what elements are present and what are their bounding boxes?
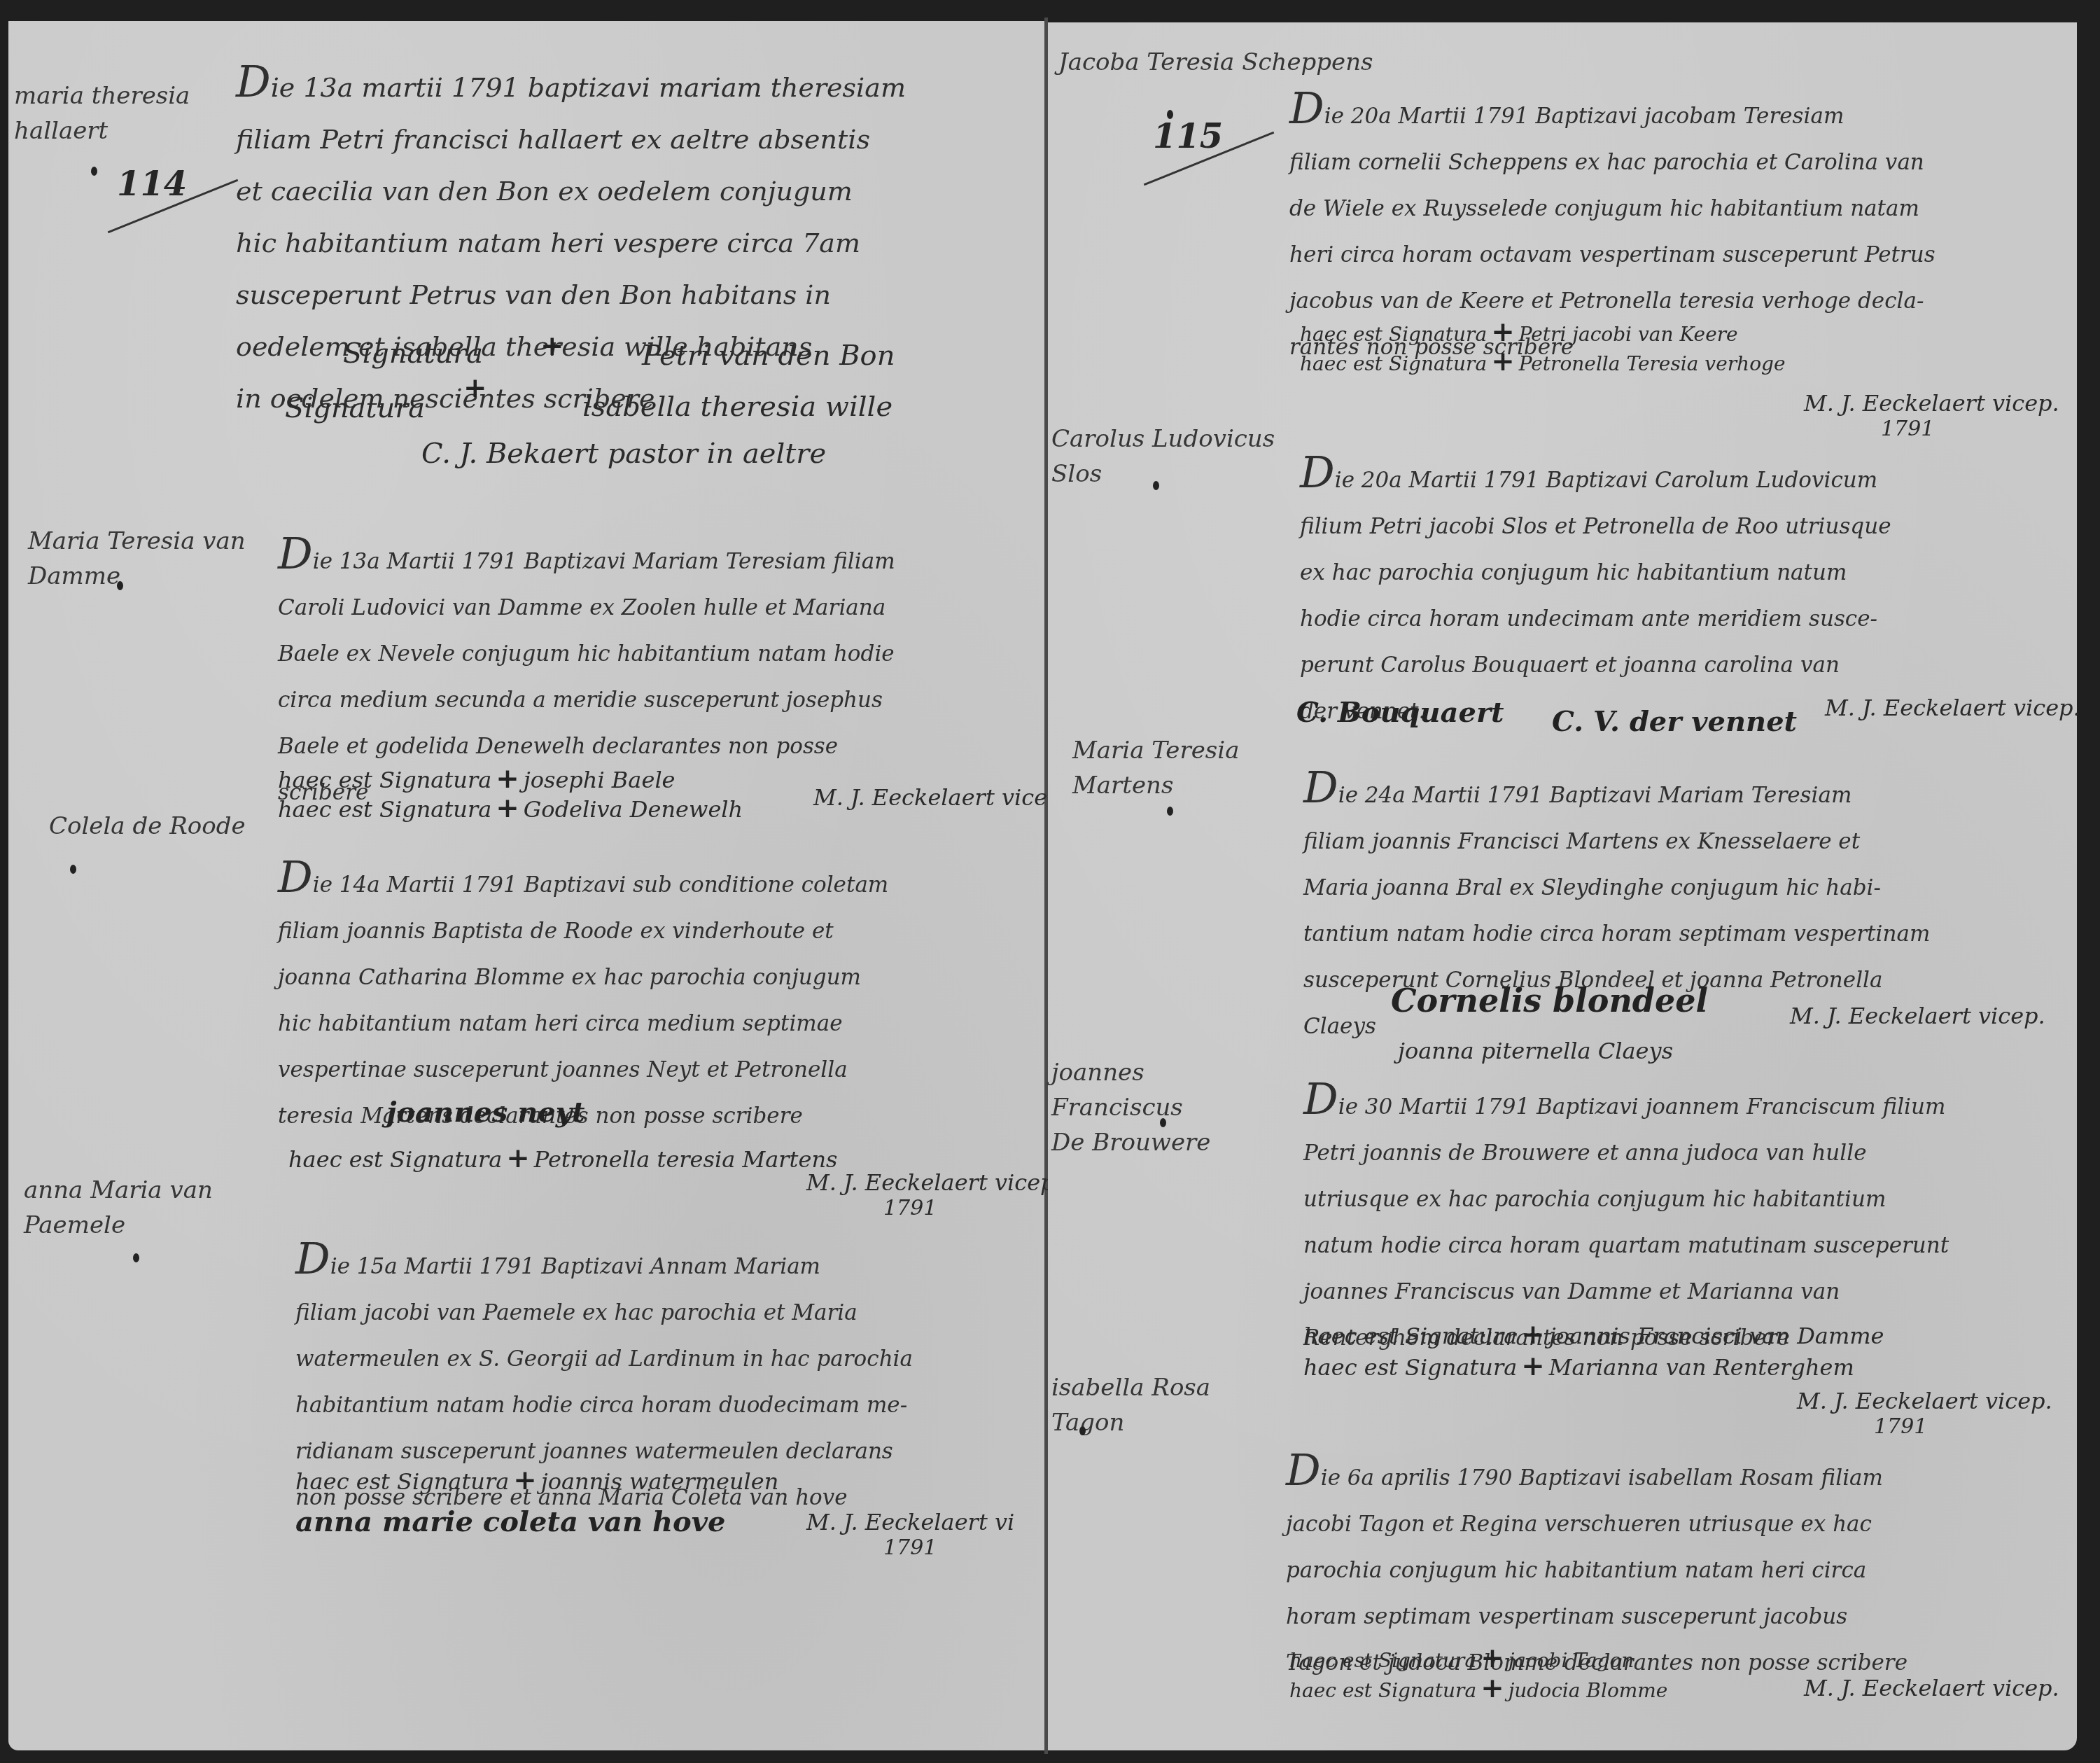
- left-page: maria theresia hallaert 114 Die 13a mart…: [8, 21, 1044, 1750]
- signature-line: haec est Signatura+Marianna van Rentergh…: [1303, 1349, 1854, 1382]
- cross-mark-icon: +: [1480, 1641, 1504, 1674]
- cross-mark-icon: +: [463, 371, 487, 404]
- cross-mark-icon: +: [1521, 1349, 1545, 1382]
- entry-number: 115: [1153, 117, 1223, 156]
- godparent-signature: Cornelis blondeel: [1391, 982, 1708, 1019]
- priest-signature: M. J. Eeckelaert vicep.: [1790, 1003, 2045, 1029]
- signature-label: Signatura: [285, 392, 425, 424]
- cross-mark-icon: +: [506, 1141, 530, 1174]
- signature-line: haec est Signatura+Petronella Teresia ve…: [1300, 344, 1786, 377]
- margin-name: isabella Rosa Tagon: [1051, 1370, 1282, 1440]
- godparent-signature: isabella theresia wille: [582, 391, 892, 423]
- priest-signature: M. J. Eeckelaert vicep.: [1825, 695, 2080, 721]
- godparent-signature: joannes neyt: [386, 1096, 584, 1129]
- godparent-signature: joanna piternella Claeys: [1398, 1038, 1673, 1064]
- margin-name: maria theresia hallaert: [14, 78, 245, 148]
- entry-number: 114: [117, 165, 187, 204]
- priest-signature: M. J. Eeckelaert vicep.: [813, 784, 1069, 811]
- margin-dot: [133, 1253, 139, 1262]
- margin-name: Colela de Roode: [49, 809, 280, 844]
- margin-dot: [70, 865, 76, 874]
- right-page: Jacoba Teresia Scheppens 115 Die 20a Mar…: [1048, 22, 2077, 1750]
- cross-mark-icon: +: [1491, 315, 1515, 348]
- godparent-signature: C. Bouquaert: [1296, 696, 1504, 729]
- signature-line: haec est Signatura+Petri jacobi van Keer…: [1300, 315, 1738, 348]
- margin-dot: [1160, 1118, 1166, 1127]
- priest-signature: M. J. Eeckelaert vicep. 1791: [1797, 1388, 2052, 1439]
- cross-mark-icon: +: [540, 329, 564, 362]
- margin-name: Jacoba Teresia Scheppens: [1058, 45, 1408, 80]
- margin-name: Maria Teresia van Damme: [28, 524, 259, 594]
- margin-name: Carolus Ludovicus Slos: [1051, 421, 1282, 492]
- signature-label: Signatura: [343, 337, 483, 370]
- cross-mark-icon: +: [1491, 344, 1515, 377]
- margin-dot: [117, 581, 123, 590]
- cross-mark-icon: +: [513, 1463, 537, 1496]
- baptism-entry: Die 20a Martii 1791 Baptizavi Carolum Lu…: [1300, 450, 2070, 734]
- priest-signature: M. J. Eeckelaert vicep.: [1804, 1675, 2059, 1701]
- godparent-signature: C. V. der vennet: [1552, 705, 1797, 738]
- margin-dot: [1079, 1426, 1086, 1435]
- cross-mark-icon: +: [1480, 1671, 1504, 1704]
- signature-line: haec est Signatura+joannis Francisci van…: [1303, 1318, 1884, 1351]
- signature-line: haec est Signatura+Petronella teresia Ma…: [288, 1141, 837, 1174]
- signature-line: haec est Signatura+josephi Baele: [278, 762, 675, 795]
- signature-line: haec est Signatura+joannis watermeulen: [295, 1463, 778, 1496]
- priest-signature: M. J. Eeckelaert vicep. 1791: [1804, 390, 2059, 441]
- cross-mark-icon: +: [496, 791, 519, 824]
- margin-name: anna Maria van Paemele: [24, 1173, 255, 1243]
- priest-signature: M. J. Eeckelaert vi 1791: [806, 1509, 1014, 1560]
- godparent-signature: anna marie coleta van hove: [295, 1505, 725, 1538]
- margin-dot: [1153, 481, 1159, 490]
- signature-line: haec est Signatura+judocia Blomme: [1289, 1671, 1667, 1704]
- margin-name: joannes Franciscus De Brouwere: [1051, 1055, 1282, 1160]
- cross-mark-icon: +: [1521, 1318, 1545, 1351]
- margin-dot: [91, 167, 97, 176]
- signature-line: haec est Signatura+jacobi Tagon: [1289, 1641, 1634, 1674]
- cross-mark-icon: +: [496, 762, 519, 795]
- godparent-signature: Petri van den Bon: [642, 340, 895, 372]
- margin-dot: [1167, 807, 1173, 816]
- signature-line: haec est Signatura+Godeliva Denewelh: [278, 791, 743, 824]
- priest-signature: M. J. Eeckelaert vicep. 1791: [806, 1169, 1062, 1220]
- margin-name: Maria Teresia Martens: [1072, 733, 1303, 803]
- priest-signature: C. J. Bekaert pastor in aeltre: [421, 438, 826, 470]
